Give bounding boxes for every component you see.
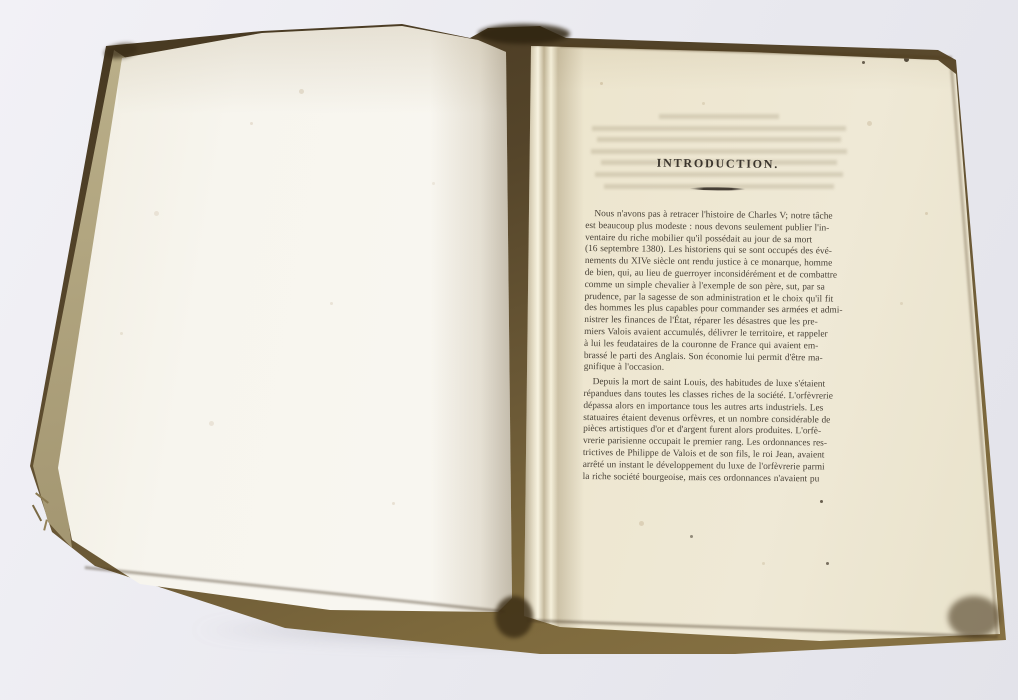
heading-rule	[690, 187, 746, 191]
book: INTRODUCTION. Nous n'avons pas à retrace…	[0, 0, 1018, 700]
paragraph: Depuis la mort de saint Louis, des habit…	[583, 377, 848, 486]
foxing-spots	[0, 0, 3, 3]
cover-fray-thread	[43, 519, 48, 530]
foxing-spots	[0, 0, 3, 3]
show-through-line	[659, 114, 780, 119]
text-line: la riche société bourgeoise, mais ces or…	[583, 472, 847, 487]
text-line: gnifique à l'occasion.	[584, 362, 848, 377]
paragraph: Nous n'avons pas à retracer l'histoire d…	[584, 209, 850, 377]
page-heading: INTRODUCTION.	[586, 155, 850, 173]
show-through-line	[592, 126, 846, 131]
gutter-top-smudge	[478, 24, 570, 44]
show-through-line	[591, 149, 848, 154]
gutter-bottom-smudge	[495, 596, 533, 638]
gutter-shadow	[430, 26, 514, 616]
cover-fray-thread	[32, 505, 42, 522]
show-through-line	[597, 137, 841, 142]
page-content: INTRODUCTION. Nous n'avons pas à retrace…	[583, 155, 850, 489]
gutter-fold-ridges	[524, 40, 584, 630]
photo-background: INTRODUCTION. Nous n'avons pas à retrace…	[0, 0, 1018, 700]
